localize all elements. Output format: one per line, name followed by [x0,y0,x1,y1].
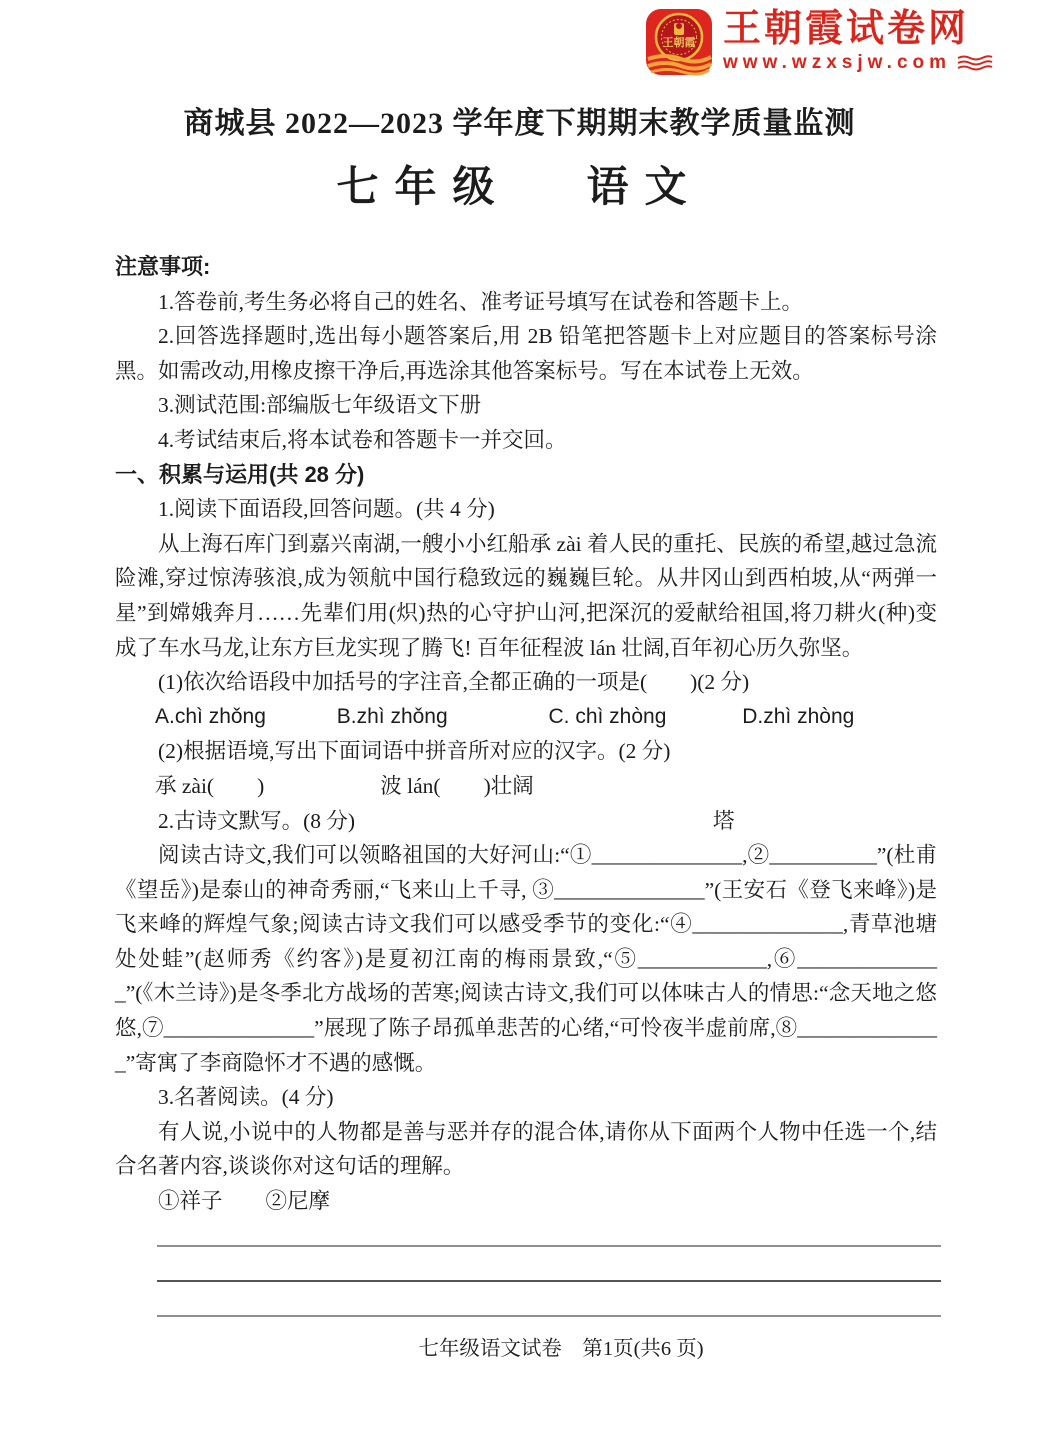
question-3-body: 有人说,小说中的人物都是善与恶并存的混合体,请你从下面两个人物中任选一个,结合名… [115,1115,937,1184]
section-1-heading: 一、积累与运用(共 28 分) [115,458,937,493]
answer-line [157,1315,941,1317]
blank-chengzai: 承 zài( ) [155,774,264,798]
notice-heading: 注意事项: [115,250,937,285]
question-1-sub-1: (1)依次给语段中加括号的字注音,全都正确的一项是( )(2 分) [115,665,937,700]
answer-line [157,1245,941,1247]
notice-item-1: 1.答卷前,考生务必将自己的姓名、准考证号填写在试卷和答题卡上。 [115,285,937,320]
question-1-options: A.chì zhǒng B.zhì zhǒng C. chì zhòng D.z… [115,700,937,735]
question-1-intro: 1.阅读下面语段,回答问题。(共 4 分) [115,492,937,527]
question-3-heading: 3.名著阅读。(4 分) [115,1080,937,1115]
blank-bolan: 波 lán( )壮阔 [380,774,533,798]
question-1-blanks: 承 zài( )波 lán( )壮阔 [115,769,937,804]
option-d: D.zhì zhòng [742,705,854,728]
grade-label: 七年级 [336,162,510,212]
notice-item-3: 3.测试范围:部编版七年级语文下册 [115,388,937,423]
stray-character: 塔 [670,804,735,839]
option-b: B.zhì zhǒng [337,705,448,728]
brand-name: 王朝霞试卷网 [723,8,993,50]
subject-label: 语文 [587,162,703,212]
answer-line [157,1280,941,1282]
exam-title: 商城县 2022—2023 学年度下期期末教学质量监测 [0,106,1039,142]
wave-lines-icon [957,54,993,72]
notice-item-2: 2.回答选择题时,选出每小题答案后,用 2B 铅笔把答题卡上对应题目的答案标号涂… [115,319,937,388]
option-a: A.chì zhǒng [155,705,266,728]
question-1-sub-2: (2)根据语境,写出下面词语中拼音所对应的汉字。(2 分) [115,734,937,769]
brand-logo: 王朝霞 王朝霞试卷网 www.wzxsjw.com [645,8,993,76]
svg-text:王朝霞: 王朝霞 [663,35,696,49]
question-2-body: 阅读古诗文,我们可以领略祖国的大好河山:“①______________,②__… [115,838,937,1080]
grade-subject-title: 七年级 语文 [0,162,1039,212]
option-c: C. chì zhòng [549,705,667,728]
wangzhaoxia-seal-icon: 王朝霞 [645,8,713,76]
question-3-choices: ①祥子 ②尼摩 [115,1184,937,1219]
question-2-heading: 2.古诗文默写。(8 分) 塔 [115,804,937,839]
page-footer: 七年级语文试卷 第1页(共6 页) [115,1332,937,1367]
notice-item-4: 4.考试结束后,将本试卷和答题卡一并交回。 [115,423,937,458]
brand-url: www.wzxsjw.com [723,52,951,74]
paper-body: 注意事项: 1.答卷前,考生务必将自己的姓名、准考证号填写在试卷和答题卡上。 2… [115,250,937,1366]
answer-lines [115,1245,937,1317]
question-1-passage: 从上海石库门到嘉兴南湖,一艘小小红船承 zài 着人民的重托、民族的希望,越过急… [115,527,937,665]
question-2-heading-text: 2.古诗文默写。(8 分) [158,809,355,833]
exam-paper-page: 王朝霞 王朝霞试卷网 www.wzxsjw.com 商城县 2022—2023 … [0,0,1039,1452]
